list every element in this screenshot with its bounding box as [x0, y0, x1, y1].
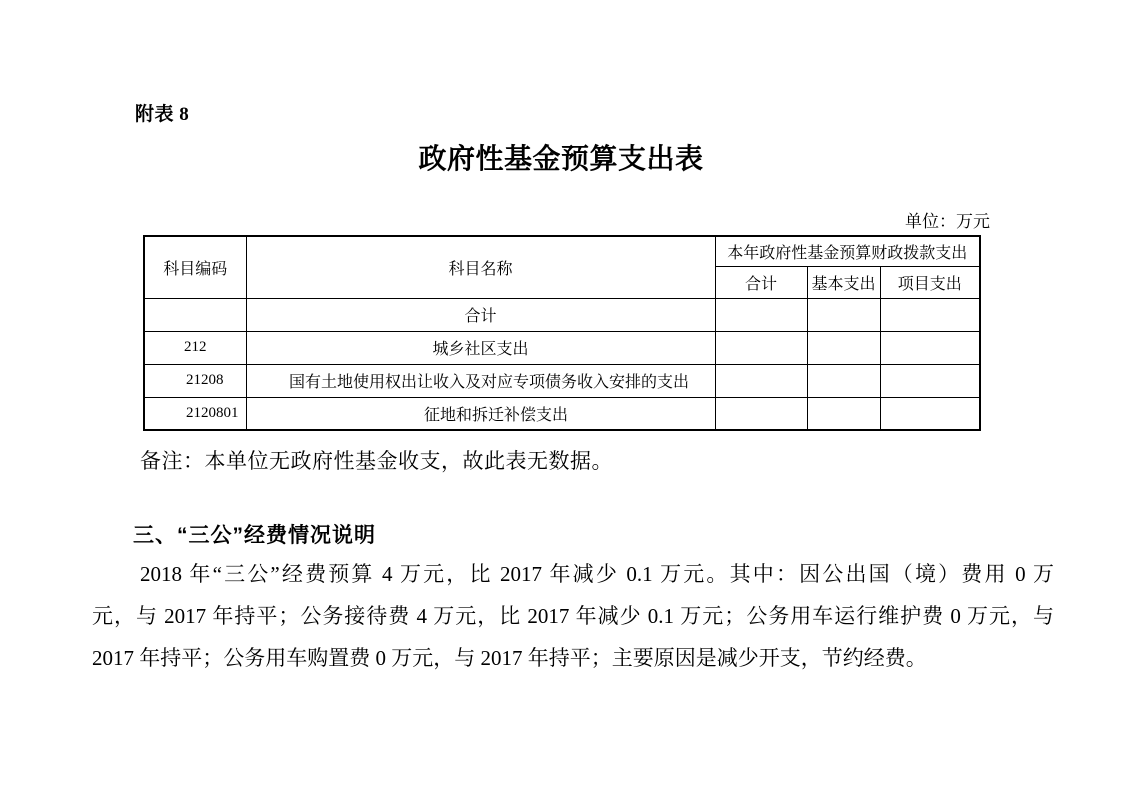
table-header-row-1: 科目编码 科目名称 本年政府性基金预算财政拨款支出 — [144, 236, 980, 266]
table-row: 212 城乡社区支出 — [144, 331, 980, 364]
col-header-name: 科目名称 — [246, 236, 715, 298]
col-header-project: 项目支出 — [880, 266, 980, 298]
table-note: 备注：本单位无政府性基金收支，故此表无数据。 — [140, 445, 613, 475]
page-title: 政府性基金预算支出表 — [0, 137, 1122, 177]
cell-basic — [807, 331, 880, 364]
table-row: 21208 国有土地使用权出让收入及对应专项债务收入安排的支出 — [144, 364, 980, 397]
col-header-group: 本年政府性基金预算财政拨款支出 — [715, 236, 980, 266]
cell-basic — [807, 298, 880, 331]
table-row: 2120801 征地和拆迁补偿支出 — [144, 397, 980, 430]
cell-name: 国有土地使用权出让收入及对应专项债务收入安排的支出 — [246, 364, 715, 397]
cell-total — [715, 397, 807, 430]
cell-name: 合计 — [246, 298, 715, 331]
paragraph-line: 元，与 2017 年持平；公务接待费 4 万元，比 2017 年减少 0.1 万… — [92, 595, 1054, 637]
cell-code: 2120801 — [144, 397, 246, 430]
document-page: 附表 8 政府性基金预算支出表 单位：万元 科目编码 科目名称 本年政府性基金预… — [0, 0, 1122, 793]
cell-name: 城乡社区支出 — [246, 331, 715, 364]
cell-total — [715, 331, 807, 364]
cell-project — [880, 298, 980, 331]
section-heading: 三、“三公”经费情况说明 — [133, 519, 376, 549]
cell-code — [144, 298, 246, 331]
cell-name: 征地和拆迁补偿支出 — [246, 397, 715, 430]
unit-note: 单位：万元 — [790, 207, 990, 232]
cell-total — [715, 298, 807, 331]
cell-project — [880, 364, 980, 397]
attachment-label: 附表 8 — [135, 99, 189, 126]
paragraph-line: 2017 年持平；公务用车购置费 0 万元，与 2017 年持平；主要原因是减少… — [92, 637, 1054, 679]
cell-basic — [807, 397, 880, 430]
section-paragraph: 2018 年“三公”经费预算 4 万元，比 2017 年减少 0.1 万元。其中… — [92, 553, 1054, 679]
table-row: 合计 — [144, 298, 980, 331]
cell-project — [880, 331, 980, 364]
col-header-code: 科目编码 — [144, 236, 246, 298]
cell-project — [880, 397, 980, 430]
col-header-total: 合计 — [715, 266, 807, 298]
budget-table: 科目编码 科目名称 本年政府性基金预算财政拨款支出 合计 基本支出 项目支出 合… — [143, 235, 981, 431]
cell-code: 21208 — [144, 364, 246, 397]
cell-total — [715, 364, 807, 397]
paragraph-line: 2018 年“三公”经费预算 4 万元，比 2017 年减少 0.1 万元。其中… — [92, 553, 1054, 595]
cell-code: 212 — [144, 331, 246, 364]
cell-basic — [807, 364, 880, 397]
col-header-basic: 基本支出 — [807, 266, 880, 298]
